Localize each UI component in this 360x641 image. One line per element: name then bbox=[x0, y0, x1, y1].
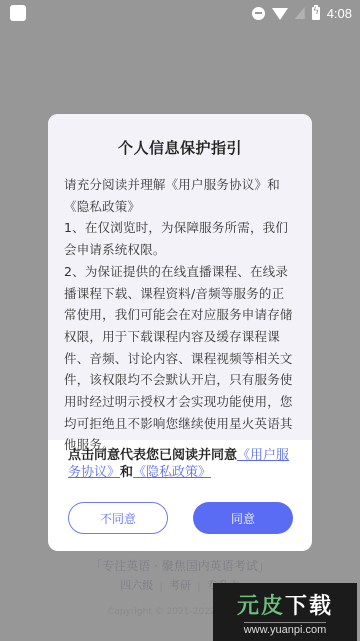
item-2: 2、为保证提供的在线直播课程、在线录播课程下载、课程资料/音频等服务的正常使用，… bbox=[64, 261, 296, 456]
dialog-title: 个人信息保护指引 bbox=[64, 137, 296, 158]
status-bar: 4:08 bbox=[0, 0, 360, 26]
watermark-url: www.yuanpi.com bbox=[244, 622, 327, 636]
tag-cet: 四六级 bbox=[120, 579, 153, 592]
battery-charging-icon bbox=[312, 7, 320, 20]
slogan: 「专注英语 · 聚焦国内英语考试」 bbox=[0, 557, 360, 574]
clock: 4:08 bbox=[327, 6, 352, 21]
privacy-dialog: 个人信息保护指引 请充分阅读并理解《用户服务协议》和《隐私政策》 1、在仅浏览时… bbox=[48, 114, 312, 551]
status-icons: 4:08 bbox=[252, 6, 352, 21]
agree-button[interactable]: 同意 bbox=[193, 502, 293, 534]
intro-text: 请充分阅读并理解《用户服务协议》和《隐私政策》 bbox=[64, 174, 296, 217]
watermark-title: 元皮下载 bbox=[237, 589, 333, 620]
item-1: 1、在仅浏览时，为保障服务所需，我们会申请系统权限。 bbox=[64, 217, 296, 260]
consent-and: 和 bbox=[120, 465, 133, 480]
do-not-disturb-icon bbox=[252, 7, 265, 20]
dialog-body: 请充分阅读并理解《用户服务协议》和《隐私政策》 1、在仅浏览时，为保障服务所需，… bbox=[64, 174, 296, 456]
consent-text: 点击同意代表您已阅读并同意《用户服务协议》和《隐私政策》 bbox=[68, 447, 298, 481]
disagree-button[interactable]: 不同意 bbox=[68, 502, 168, 534]
watermark-title-green: 元皮 bbox=[237, 594, 285, 619]
consent-prefix: 点击同意代表您已阅读并同意 bbox=[68, 448, 237, 463]
watermark-logo: 元皮下载 www.yuanpi.com bbox=[213, 583, 357, 641]
wifi-icon bbox=[272, 8, 288, 20]
app-notification-icon bbox=[10, 5, 26, 21]
no-signal-icon bbox=[295, 7, 305, 19]
privacy-policy-link[interactable]: 《隐私政策》 bbox=[133, 465, 211, 480]
watermark-title-white: 下载 bbox=[285, 594, 333, 619]
tag-postgraduate: 考研 bbox=[169, 579, 191, 592]
dialog-scroll-area[interactable]: 个人信息保护指引 请充分阅读并理解《用户服务协议》和《隐私政策》 1、在仅浏览时… bbox=[48, 114, 312, 440]
